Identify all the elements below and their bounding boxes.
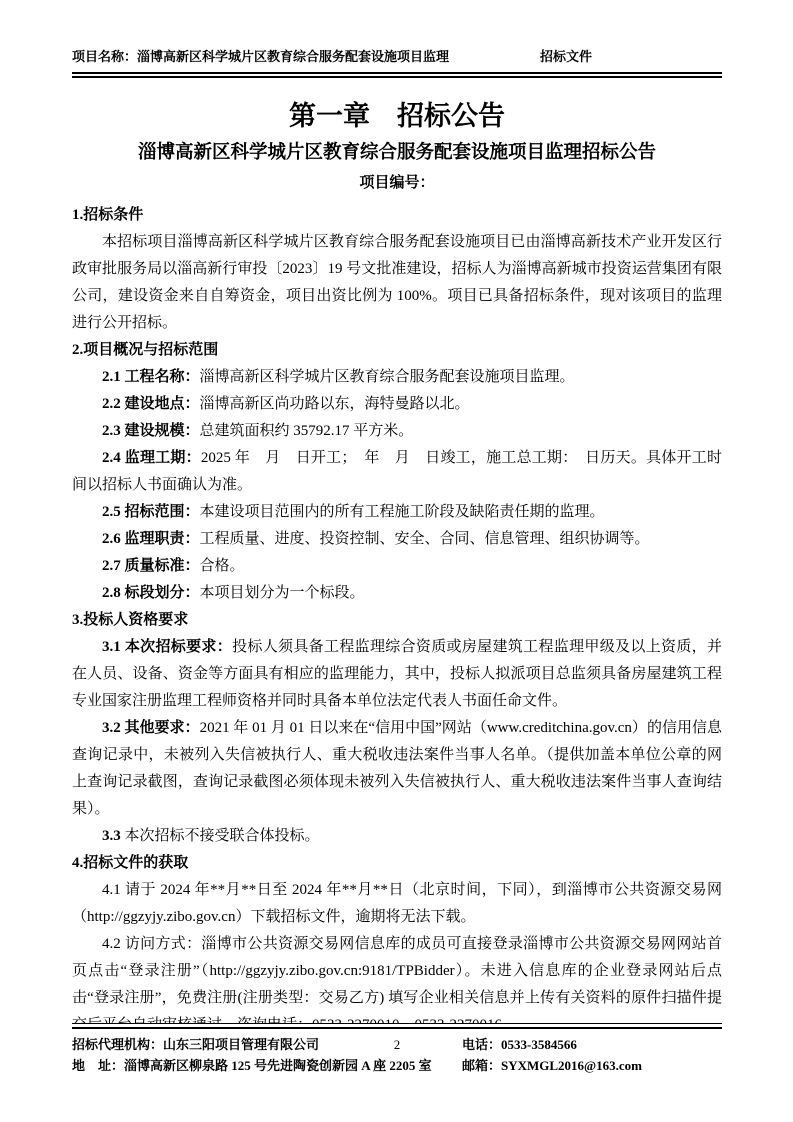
footer-agency: 招标代理机构：山东三阳项目管理有限公司	[72, 1034, 462, 1055]
item-3-3-label: 3.3	[102, 828, 125, 844]
item-2-2-label: 2.2 建设地点：	[102, 396, 200, 412]
item-2-1-text: 淄博高新区科学城片区教育综合服务配套设施项目监理。	[200, 369, 575, 385]
project-number-label: 项目编号：	[72, 172, 722, 194]
section-2-item-8: 2.8 标段划分：本项目划分为一个标段。	[72, 580, 722, 607]
section-2-item-4: 2.4 监理工期：2025 年 月 日开工； 年 月 日竣工，施工总工期： 日历…	[72, 445, 722, 499]
section-4-heading: 4.招标文件的获取	[72, 850, 722, 877]
item-3-3-text: 本次招标不接受联合体投标。	[125, 828, 320, 844]
section-2-item-1: 2.1 工程名称：淄博高新区科学城片区教育综合服务配套设施项目监理。	[72, 364, 722, 391]
document-footer: 招标代理机构：山东三阳项目管理有限公司 2 电话：0533-3584566 地 …	[72, 1034, 722, 1076]
footer-email: 邮箱：SYXMGL2016@163.com	[462, 1055, 642, 1076]
item-2-3-label: 2.3 建设规模：	[102, 423, 200, 439]
footer-row-1: 招标代理机构：山东三阳项目管理有限公司 2 电话：0533-3584566	[72, 1034, 722, 1055]
item-2-3-text: 总建筑面积约 35792.17 平方米。	[200, 423, 414, 439]
document-page: 项目名称：淄博高新区科学城片区教育综合服务配套设施项目监理 招标文件 第一章 招…	[0, 0, 793, 1122]
section-2-item-3: 2.3 建设规模：总建筑面积约 35792.17 平方米。	[72, 418, 722, 445]
section-3-item-1: 3.1 本次招标要求：投标人须具备工程监理综合资质或房屋建筑工程监理甲级及以上资…	[72, 634, 722, 715]
item-3-1-label: 3.1 本次招标要求：	[102, 639, 232, 655]
footer-divider	[72, 1023, 722, 1029]
section-2-item-6: 2.6 监理职责：工程质量、进度、投资控制、安全、合同、信息管理、组织协调等。	[72, 526, 722, 553]
document-body: 第一章 招标公告 淄博高新区科学城片区教育综合服务配套设施项目监理招标公告 项目…	[72, 78, 722, 1023]
header-doc-type: 招标文件	[540, 48, 722, 65]
section-3-item-2: 3.2 其他要求：2021 年 01 月 01 日以来在“信用中国”网站（www…	[72, 715, 722, 823]
section-4-paragraph-2: 4.2 访问方式：淄博市公共资源交易网信息库的成员可直接登录淄博市公共资源交易网…	[72, 931, 722, 1023]
section-2-item-7: 2.7 质量标准：合格。	[72, 553, 722, 580]
item-2-4-label: 2.4 监理工期：	[102, 450, 201, 466]
item-2-2-text: 淄博高新区尚功路以东，海特曼路以北。	[200, 396, 470, 412]
section-1-heading: 1.招标条件	[72, 202, 722, 229]
item-2-5-text: 本建设项目范围内的所有工程施工阶段及缺陷责任期的监理。	[200, 504, 605, 520]
section-3-item-3: 3.3 本次招标不接受联合体投标。	[72, 823, 722, 850]
section-3-heading: 3.投标人资格要求	[72, 607, 722, 634]
item-2-7-label: 2.7 质量标准：	[102, 558, 200, 574]
section-1-paragraph: 本招标项目淄博高新区科学城片区教育综合服务配套设施项目已由淄博高新技术产业开发区…	[72, 229, 722, 337]
announcement-title: 淄博高新区科学城片区教育综合服务配套设施项目监理招标公告	[72, 141, 722, 166]
item-2-8-text: 本项目划分为一个标段。	[200, 585, 365, 601]
header-project-name: 项目名称：淄博高新区科学城片区教育综合服务配套设施项目监理	[72, 48, 449, 65]
section-2-heading: 2.项目概况与招标范围	[72, 337, 722, 364]
document-header: 项目名称：淄博高新区科学城片区教育综合服务配套设施项目监理 招标文件	[72, 48, 722, 65]
item-2-7-text: 合格。	[200, 558, 245, 574]
section-4-paragraph-1: 4.1 请于 2024 年**月**日至 2024 年**月**日（北京时间，下…	[72, 877, 722, 931]
item-2-1-label: 2.1 工程名称：	[102, 369, 200, 385]
footer-phone: 电话：0533-3584566	[462, 1034, 577, 1055]
footer-row-2: 地 址：淄博高新区柳泉路 125 号先进陶瓷创新园 A 座 2205 室 邮箱：…	[72, 1055, 722, 1076]
section-2-item-2: 2.2 建设地点：淄博高新区尚功路以东，海特曼路以北。	[72, 391, 722, 418]
item-3-2-label: 3.2 其他要求：	[102, 720, 200, 736]
section-2-item-5: 2.5 招标范围：本建设项目范围内的所有工程施工阶段及缺陷责任期的监理。	[72, 499, 722, 526]
page-number: 2	[394, 1034, 401, 1055]
item-2-6-text: 工程质量、进度、投资控制、安全、合同、信息管理、组织协调等。	[200, 531, 650, 547]
item-2-6-label: 2.6 监理职责：	[102, 531, 200, 547]
footer-address: 地 址：淄博高新区柳泉路 125 号先进陶瓷创新园 A 座 2205 室	[72, 1055, 462, 1076]
chapter-title: 第一章 招标公告	[72, 98, 722, 134]
item-2-8-label: 2.8 标段划分：	[102, 585, 200, 601]
item-2-5-label: 2.5 招标范围：	[102, 504, 200, 520]
